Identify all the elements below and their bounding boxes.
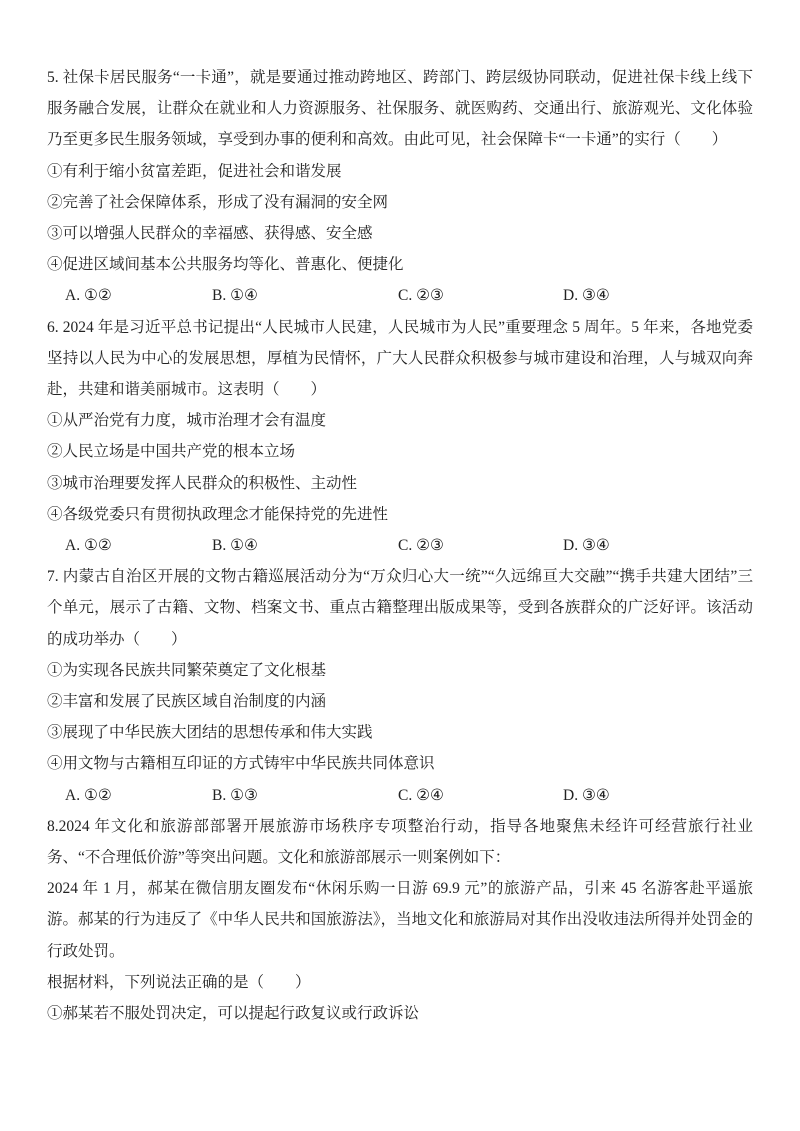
- question-6-option-2: ②人民立场是中国共产党的根本立场: [47, 436, 753, 467]
- question-8-case: 2024 年 1 月，郝某在微信朋友圈发布“休闲乐购一日游 69.9 元”的旅游…: [47, 873, 753, 967]
- question-7-option-4: ④用文物与古籍相互印证的方式铸牢中华民族共同体意识: [47, 748, 753, 779]
- question-6-option-1: ①从严治党有力度，城市治理才会有温度: [47, 405, 753, 436]
- question-8-stem: 8.2024 年文化和旅游部部署开展旅游市场秩序专项整治行动，指导各地聚焦未经许…: [47, 811, 753, 873]
- question-7-option-2: ②丰富和发展了民族区域自治制度的内涵: [47, 686, 753, 717]
- question-5-choices: A. ①② B. ①④ C. ②③ D. ③④: [47, 280, 753, 311]
- question-5-option-4: ④促进区域间基本公共服务均等化、普惠化、便捷化: [47, 249, 753, 280]
- question-5-option-2: ②完善了社会保障体系，形成了没有漏洞的安全网: [47, 187, 753, 218]
- question-5-option-1: ①有利于缩小贫富差距，促进社会和谐发展: [47, 156, 753, 187]
- question-5-stem: 5. 社保卡居民服务“一卡通”，就是要通过推动跨地区、跨部门、跨层级协同联动，促…: [47, 62, 753, 156]
- question-7-option-1: ①为实现各民族共同繁荣奠定了文化根基: [47, 655, 753, 686]
- question-6-choice-c: C. ②③: [398, 530, 563, 561]
- question-8-option-1: ①郝某若不服处罚决定，可以提起行政复议或行政诉讼: [47, 998, 753, 1029]
- question-6: 6. 2024 年是习近平总书记提出“人民城市人民建，人民城市为人民”重要理念 …: [47, 312, 753, 562]
- question-5-choice-a: A. ①②: [65, 280, 212, 311]
- question-6-option-3: ③城市治理要发挥人民群众的积极性、主动性: [47, 468, 753, 499]
- question-6-choices: A. ①② B. ①④ C. ②③ D. ③④: [47, 530, 753, 561]
- question-6-stem: 6. 2024 年是习近平总书记提出“人民城市人民建，人民城市为人民”重要理念 …: [47, 312, 753, 406]
- question-7: 7. 内蒙古自治区开展的文物古籍巡展活动分为“万众归心大一统”“久远绵亘大交融”…: [47, 561, 753, 811]
- question-5-option-3: ③可以增强人民群众的幸福感、获得感、安全感: [47, 218, 753, 249]
- question-5-choice-b: B. ①④: [212, 280, 398, 311]
- question-6-choice-d: D. ③④: [563, 530, 753, 561]
- question-5-choice-d: D. ③④: [563, 280, 753, 311]
- question-6-choice-b: B. ①④: [212, 530, 398, 561]
- exam-page: 5. 社保卡居民服务“一卡通”，就是要通过推动跨地区、跨部门、跨层级协同联动，促…: [0, 0, 800, 1131]
- question-8: 8.2024 年文化和旅游部部署开展旅游市场秩序专项整治行动，指导各地聚焦未经许…: [47, 811, 753, 1029]
- question-7-choices: A. ①② B. ①③ C. ②④ D. ③④: [47, 780, 753, 811]
- question-6-option-4: ④各级党委只有贯彻执政理念才能保持党的先进性: [47, 499, 753, 530]
- question-7-stem: 7. 内蒙古自治区开展的文物古籍巡展活动分为“万众归心大一统”“久远绵亘大交融”…: [47, 561, 753, 655]
- question-7-choice-d: D. ③④: [563, 780, 753, 811]
- question-5: 5. 社保卡居民服务“一卡通”，就是要通过推动跨地区、跨部门、跨层级协同联动，促…: [47, 62, 753, 312]
- question-8-prompt: 根据材料，下列说法正确的是（ ）: [47, 967, 753, 998]
- question-5-choice-c: C. ②③: [398, 280, 563, 311]
- question-7-choice-c: C. ②④: [398, 780, 563, 811]
- question-6-choice-a: A. ①②: [65, 530, 212, 561]
- question-7-choice-a: A. ①②: [65, 780, 212, 811]
- question-7-option-3: ③展现了中华民族大团结的思想传承和伟大实践: [47, 717, 753, 748]
- question-7-choice-b: B. ①③: [212, 780, 398, 811]
